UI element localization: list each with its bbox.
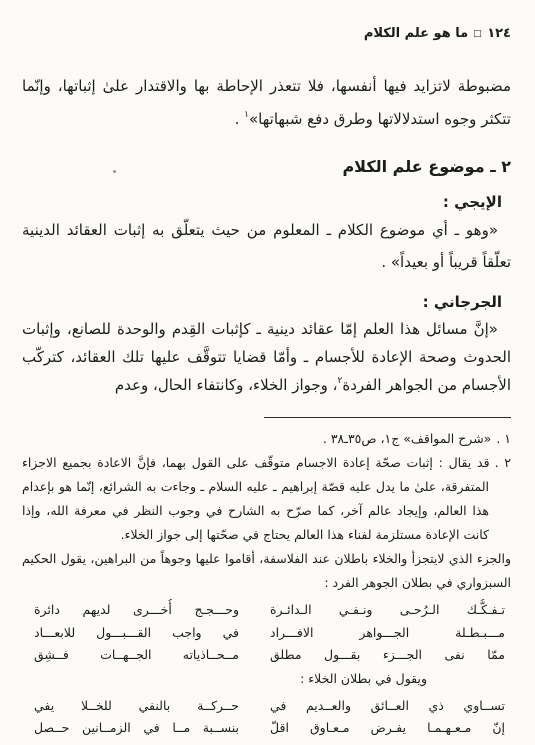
print-speck [113,170,116,173]
footnote-2-text: قد يقال : إثبات صحّة إعادة الاجسام متوقّ… [22,455,490,542]
page-number: ١٢٤ [487,26,511,41]
poem-line: تـفـكُّـك الـرُحـى ونـفـي الـدائـرة وحــ… [22,599,511,622]
footnotes-block: ١ .«شرح المواقف» ج١، ص٣٥ـ٣٨ . ٢ .قد يقال… [22,427,511,740]
hemistich-left: حــركــة بالنفي للخــلا يفي [34,695,239,718]
hemistich-right: تســاوي ذي العــائق والعــديم في [270,695,505,718]
author-label-jurjani: الجرجاني : [22,291,511,313]
square-marker-icon: □ [473,29,482,39]
poem-line: تســاوي ذي العــائق والعــديم في حــركــ… [22,695,511,718]
jurjani-quote-paragraph: «إنَّ مسائل هذا العلم إمّا عقائد دينية ـ… [22,315,511,399]
footnote-2: ٢ .قد يقال : إثبات صحّة إعادة الاجسام مت… [22,451,511,547]
iji-quote-paragraph: «وهو ـ أي موضوع الكلام ـ المعلوم من حيث … [22,214,511,278]
continuation-tail: . [235,110,245,128]
continuation-text: مضبوطة لاتزايد فيها أنفسها، فلا تتعذر ال… [22,77,511,128]
poem-void-verses: تســاوي ذي العــائق والعــديم في حــركــ… [22,695,511,740]
footnote-1: ١ .«شرح المواقف» ج١، ص٣٥ـ٣٨ . [22,427,511,451]
hemistich-right: تـفـكُّـك الـرُحـى ونـفـي الـدائـرة [270,599,505,622]
footnote-separator-rule [264,417,511,418]
hemistich-right: ممّا نفى الجـــزء بقـــول مطلق [270,644,505,667]
hemistich-right: إنّ مـعـهـمـا يفـرض مـعـاوق اقلّ [270,717,505,740]
footnote-2-continued: والجزء الذي لايتجزأ والخلاء باطلان عند ا… [22,547,511,595]
footnote-2-marker: ٢ . [495,455,511,470]
author-label-iji: الإيجي : [22,191,511,213]
footnote-1-marker: ١ . [496,431,511,446]
hemistich-left: مــحــاذياته الجــهــات فــشِق [34,644,239,667]
hemistich-left: في واجب القـــبـــول للابعـــاد [34,622,239,645]
poem-atom-verses: تـفـكُّـك الـرُحـى ونـفـي الـدائـرة وحــ… [22,599,511,667]
hemistich-left: بنســبة مــا في الزمــانين حــصل [34,717,239,740]
hemistich-left: وحـــجـج أُخـــرى لديهم دائرة [34,599,239,622]
hemistich-right: مـــبـطـلة الجـــواهر الافـــراد [270,622,505,645]
poem-line: إنّ مـعـهـمـا يفـرض مـعـاوق اقلّ بنســبة… [22,717,511,740]
poem-bridge-text: ويقول في بطلان الخلاء : [22,668,511,690]
section-heading: ٢ ـ موضوع علم الكلام [22,156,511,178]
poem-line: ممّا نفى الجـــزء بقـــول مطلق مــحــاذي… [22,644,511,667]
book-page: ١٢٤□ما هو علم الكلام مضبوطة لاتزايد فيها… [0,0,535,745]
footnote-1-text: «شرح المواقف» ج١، ص٣٥ـ٣٨ . [323,431,491,446]
running-head-title: ما هو علم الكلام [364,26,468,41]
continuation-paragraph: مضبوطة لاتزايد فيها أنفسها، فلا تتعذر ال… [22,70,511,136]
poem-line: مـــبـطـلة الجـــواهر الافـــراد في واجب… [22,622,511,645]
jurjani-quote-seg2: ، وجواز الخلاء، وكانتفاء الحال، وعدم [115,376,338,394]
running-head: ١٢٤□ما هو علم الكلام [22,26,511,44]
